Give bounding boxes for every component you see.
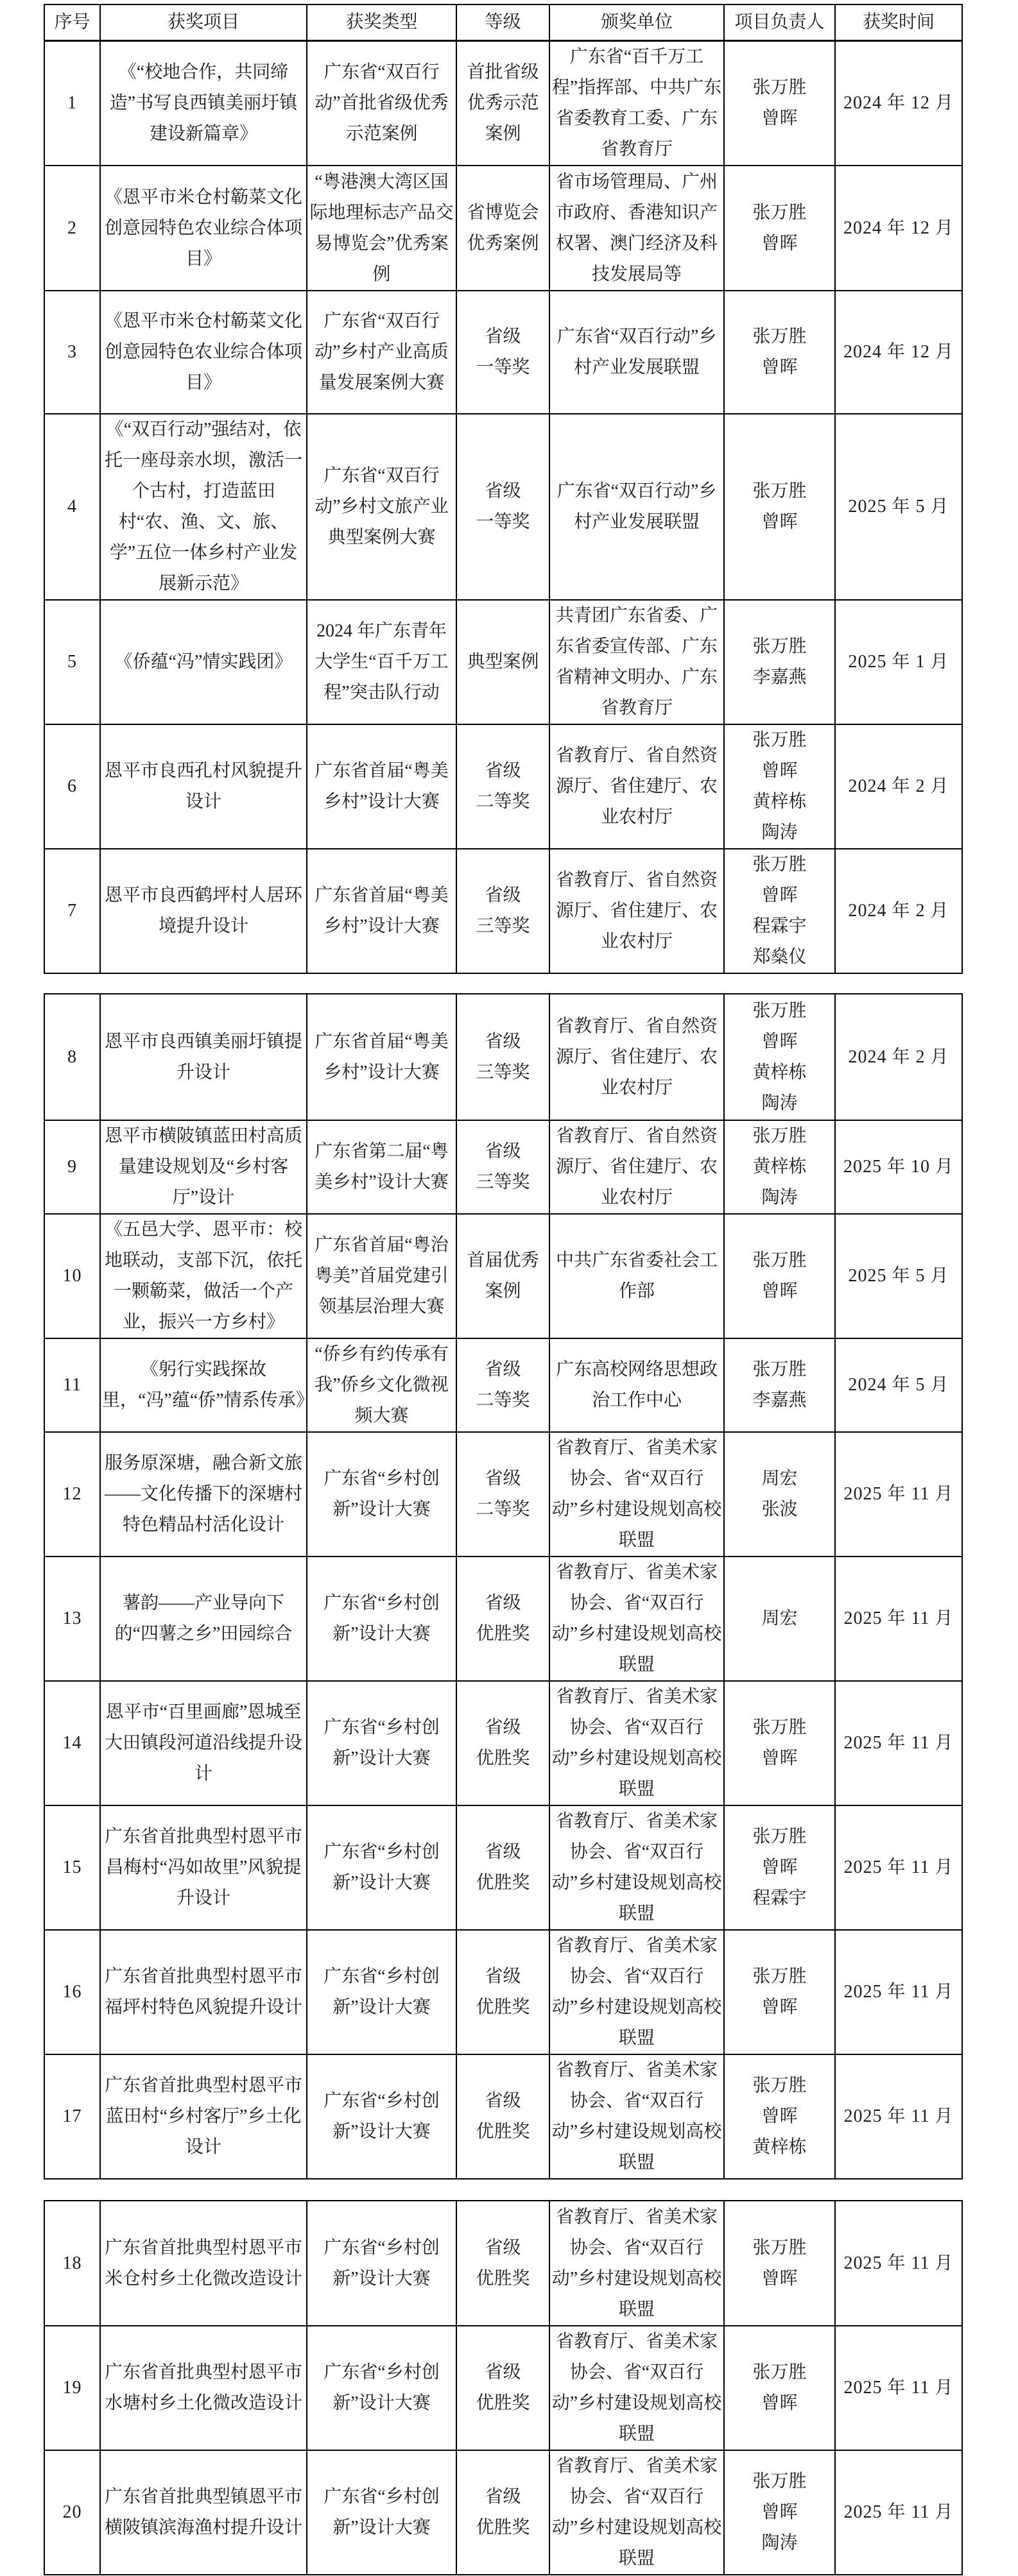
cell-time: 2025 年 11 月 (835, 1805, 962, 1930)
cell-project: 广东省首批典型村恩平市昌梅村“冯如故里”风貌提升设计 (100, 1805, 307, 1930)
cell-leaders: 张万胜 曾晖 (724, 2326, 835, 2450)
cell-leaders: 张万胜 曾晖 (724, 41, 835, 166)
cell-time: 2025 年 11 月 (835, 1557, 962, 1681)
cell-time: 2024 年 2 月 (835, 994, 962, 1120)
cell-type: 广东省“乡村创新”设计大赛 (307, 1930, 456, 2054)
cell-project: 广东省首批典型村恩平市水塘村乡土化微改造设计 (100, 2326, 307, 2450)
cell-type: 广东省“乡村创新”设计大赛 (307, 1805, 456, 1930)
cell-leaders: 张万胜 曾晖 陶涛 (724, 2450, 835, 2575)
cell-level: 省级 优胜奖 (456, 1805, 549, 1930)
cell-unit: 省教育厅、省美术家协会、省“双百行动”乡村建设规划高校联盟 (549, 2201, 724, 2326)
cell-time: 2025 年 11 月 (835, 1681, 962, 1805)
cell-unit: 省教育厅、省美术家协会、省“双百行动”乡村建设规划高校联盟 (549, 1432, 724, 1557)
column-header-3: 等级 (456, 4, 549, 41)
cell-leaders: 张万胜 曾晖 程霖宇 (724, 1805, 835, 1930)
cell-project: 恩平市横陂镇蓝田村高质量建设规划及“乡村客厅”设计 (100, 1120, 307, 1214)
table-row: 17广东省首批典型村恩平市蓝田村“乡村客厅”乡土化设计广东省“乡村创新”设计大赛… (44, 2054, 962, 2179)
cell-time: 2024 年 2 月 (835, 724, 962, 849)
cell-leaders: 张万胜 曾晖 黄梓栋 陶涛 (724, 724, 835, 849)
cell-project: 《侨蕴“冯”情实践团》 (100, 600, 307, 724)
cell-level: 省级 优胜奖 (456, 2450, 549, 2575)
cell-level: 省级 优胜奖 (456, 2201, 549, 2326)
cell-level: 省级 三等奖 (456, 849, 549, 973)
cell-type: 2024 年广东青年大学生“百千万工程”突击队行动 (307, 600, 456, 724)
cell-project: 恩平市良西孔村风貌提升设计 (100, 724, 307, 849)
cell-project: 《五邑大学、恩平市：校地联动，支部下沉，依托一颗簕菜，做活一个产业，振兴一方乡村… (100, 1214, 307, 1338)
cell-leaders: 张万胜 曾晖 (724, 1930, 835, 2054)
cell-seq: 9 (44, 1120, 100, 1214)
cell-project: 薯韵——产业导向下的“四薯之乡”田园综合 (100, 1557, 307, 1681)
cell-seq: 12 (44, 1432, 100, 1557)
cell-seq: 20 (44, 2450, 100, 2575)
table-row: 18广东省首批典型村恩平市米仓村乡土化微改造设计广东省“乡村创新”设计大赛省级 … (44, 2201, 962, 2326)
cell-time: 2025 年 5 月 (835, 414, 962, 600)
cell-leaders: 张万胜 曾晖 黄梓栋 陶涛 (724, 994, 835, 1120)
cell-type: 广东省首届“粤美乡村”设计大赛 (307, 724, 456, 849)
document-page: 序号获奖项目获奖类型等级颁奖单位项目负责人获奖时间1《“校地合作，共同缔造”书写… (0, 0, 1018, 2575)
cell-unit: 省教育厅、省自然资源厅、省住建厅、农业农村厅 (549, 724, 724, 849)
cell-type: 广东省首届“粤美乡村”设计大赛 (307, 994, 456, 1120)
cell-seq: 2 (44, 166, 100, 291)
cell-seq: 11 (44, 1338, 100, 1432)
cell-time: 2024 年 12 月 (835, 291, 962, 414)
cell-project: 恩平市良西鹤坪村人居环境提升设计 (100, 849, 307, 973)
table-row: 5《侨蕴“冯”情实践团》2024 年广东青年大学生“百千万工程”突击队行动典型案… (44, 600, 962, 724)
cell-level: 典型案例 (456, 600, 549, 724)
cell-time: 2025 年 11 月 (835, 1930, 962, 2054)
cell-time: 2024 年 2 月 (835, 849, 962, 973)
cell-unit: 广东省“双百行动”乡村产业发展联盟 (549, 291, 724, 414)
cell-unit: 省教育厅、省美术家协会、省“双百行动”乡村建设规划高校联盟 (549, 2326, 724, 2450)
cell-level: 省级 优胜奖 (456, 2326, 549, 2450)
cell-type: “侨乡有约传承有我”侨乡文化微视频大赛 (307, 1338, 456, 1432)
table-row: 11《躬行实践探故里，“冯”蕴“侨”情系传承》“侨乡有约传承有我”侨乡文化微视频… (44, 1338, 962, 1432)
cell-level: 省级 一等奖 (456, 291, 549, 414)
cell-unit: 省教育厅、省美术家协会、省“双百行动”乡村建设规划高校联盟 (549, 1930, 724, 2054)
cell-leaders: 周宏 (724, 1557, 835, 1681)
cell-seq: 14 (44, 1681, 100, 1805)
cell-time: 2025 年 11 月 (835, 2326, 962, 2450)
table-row: 20广东省首批典型镇恩平市横陂镇滨海渔村提升设计广东省“乡村创新”设计大赛省级 … (44, 2450, 962, 2575)
cell-level: 省级 二等奖 (456, 1338, 549, 1432)
table-row: 8恩平市良西镇美丽圩镇提升设计广东省首届“粤美乡村”设计大赛省级 三等奖省教育厅… (44, 994, 962, 1120)
cell-unit: 广东省“百千万工程”指挥部、中共广东省委教育工委、广东省教育厅 (549, 41, 724, 166)
cell-type: 广东省首届“粤美乡村”设计大赛 (307, 849, 456, 973)
table-row: 10《五邑大学、恩平市：校地联动，支部下沉，依托一颗簕菜，做活一个产业，振兴一方… (44, 1214, 962, 1338)
cell-project: 广东省首批典型村恩平市福坪村特色风貌提升设计 (100, 1930, 307, 2054)
table-row: 4《“双百行动”强结对，依托一座母亲水坝，激活一个古村，打造蓝田村“农、渔、文、… (44, 414, 962, 600)
table-row: 3《恩平市米仓村簕菜文化创意园特色农业综合体项目》广东省“双百行动”乡村产业高质… (44, 291, 962, 414)
column-header-0: 序号 (44, 4, 100, 41)
cell-unit: 广东高校网络思想政治工作中心 (549, 1338, 724, 1432)
cell-type: 广东省第二届“粤美乡村”设计大赛 (307, 1120, 456, 1214)
cell-unit: 省教育厅、省自然资源厅、省住建厅、农业农村厅 (549, 849, 724, 973)
cell-type: 广东省“乡村创新”设计大赛 (307, 2450, 456, 2575)
cell-time: 2025 年 10 月 (835, 1120, 962, 1214)
cell-seq: 13 (44, 1557, 100, 1681)
cell-level: 省级 二等奖 (456, 724, 549, 849)
cell-level: 省级 三等奖 (456, 994, 549, 1120)
cell-project: 广东省首批典型村恩平市蓝田村“乡村客厅”乡土化设计 (100, 2054, 307, 2179)
cell-seq: 5 (44, 600, 100, 724)
cell-project: 《恩平市米仓村簕菜文化创意园特色农业综合体项目》 (100, 291, 307, 414)
cell-type: “粤港澳大湾区国际地理标志产品交易博览会”优秀案例 (307, 166, 456, 291)
cell-level: 省级 优胜奖 (456, 1930, 549, 2054)
cell-unit: 省教育厅、省美术家协会、省“双百行动”乡村建设规划高校联盟 (549, 1805, 724, 1930)
cell-leaders: 张万胜 曾晖 (724, 166, 835, 291)
cell-type: 广东省“乡村创新”设计大赛 (307, 1681, 456, 1805)
column-header-1: 获奖项目 (100, 4, 307, 41)
cell-seq: 18 (44, 2201, 100, 2326)
table-row: 7恩平市良西鹤坪村人居环境提升设计广东省首届“粤美乡村”设计大赛省级 三等奖省教… (44, 849, 962, 973)
cell-project: 服务原深塘，融合新文旅——文化传播下的深塘村特色精品村活化设计 (100, 1432, 307, 1557)
cell-leaders: 张万胜 曾晖 (724, 1681, 835, 1805)
cell-seq: 1 (44, 41, 100, 166)
table-row: 14恩平市“百里画廊”恩城至大田镇段河道沿线提升设计广东省“乡村创新”设计大赛省… (44, 1681, 962, 1805)
cell-seq: 6 (44, 724, 100, 849)
cell-project: 恩平市良西镇美丽圩镇提升设计 (100, 994, 307, 1120)
cell-project: 《“校地合作，共同缔造”书写良西镇美丽圩镇建设新篇章》 (100, 41, 307, 166)
awards-table-section-3: 18广东省首批典型村恩平市米仓村乡土化微改造设计广东省“乡村创新”设计大赛省级 … (44, 2200, 963, 2575)
column-header-5: 项目负责人 (724, 4, 835, 41)
cell-leaders: 周宏 张波 (724, 1432, 835, 1557)
column-header-6: 获奖时间 (835, 4, 962, 41)
cell-type: 广东省“乡村创新”设计大赛 (307, 2201, 456, 2326)
cell-time: 2025 年 11 月 (835, 1432, 962, 1557)
awards-table-section-2: 8恩平市良西镇美丽圩镇提升设计广东省首届“粤美乡村”设计大赛省级 三等奖省教育厅… (44, 993, 963, 2179)
cell-seq: 17 (44, 2054, 100, 2179)
table-row: 15广东省首批典型村恩平市昌梅村“冯如故里”风貌提升设计广东省“乡村创新”设计大… (44, 1805, 962, 1930)
cell-leaders: 张万胜 黄梓栋 陶涛 (724, 1120, 835, 1214)
awards-table-section-1: 序号获奖项目获奖类型等级颁奖单位项目负责人获奖时间1《“校地合作，共同缔造”书写… (44, 4, 963, 974)
cell-time: 2025 年 11 月 (835, 2450, 962, 2575)
cell-time: 2024 年 12 月 (835, 41, 962, 166)
cell-leaders: 张万胜 曾晖 (724, 414, 835, 600)
cell-unit: 省教育厅、省美术家协会、省“双百行动”乡村建设规划高校联盟 (549, 1557, 724, 1681)
cell-unit: 广东省“双百行动”乡村产业发展联盟 (549, 414, 724, 600)
table-row: 2《恩平市米仓村簕菜文化创意园特色农业综合体项目》“粤港澳大湾区国际地理标志产品… (44, 166, 962, 291)
table-row: 9恩平市横陂镇蓝田村高质量建设规划及“乡村客厅”设计广东省第二届“粤美乡村”设计… (44, 1120, 962, 1214)
cell-project: 广东省首批典型村恩平市米仓村乡土化微改造设计 (100, 2201, 307, 2326)
cell-unit: 省教育厅、省自然资源厅、省住建厅、农业农村厅 (549, 994, 724, 1120)
cell-unit: 省教育厅、省自然资源厅、省住建厅、农业农村厅 (549, 1120, 724, 1214)
cell-type: 广东省首届“粤治粤美”首届党建引领基层治理大赛 (307, 1214, 456, 1338)
cell-leaders: 张万胜 李嘉燕 (724, 600, 835, 724)
cell-project: 恩平市“百里画廊”恩城至大田镇段河道沿线提升设计 (100, 1681, 307, 1805)
cell-project: 《恩平市米仓村簕菜文化创意园特色农业综合体项目》 (100, 166, 307, 291)
cell-unit: 省市场管理局、广州市政府、香港知识产权署、澳门经济及科技发展局等 (549, 166, 724, 291)
cell-time: 2025 年 1 月 (835, 600, 962, 724)
cell-unit: 共青团广东省委、广东省委宣传部、广东省精神文明办、广东省教育厅 (549, 600, 724, 724)
cell-seq: 10 (44, 1214, 100, 1338)
cell-seq: 3 (44, 291, 100, 414)
cell-seq: 15 (44, 1805, 100, 1930)
cell-level: 省级 优胜奖 (456, 1681, 549, 1805)
table-row: 12服务原深塘，融合新文旅——文化传播下的深塘村特色精品村活化设计广东省“乡村创… (44, 1432, 962, 1557)
cell-level: 省博览会 优秀案例 (456, 166, 549, 291)
cell-seq: 19 (44, 2326, 100, 2450)
cell-time: 2025 年 11 月 (835, 2054, 962, 2179)
cell-level: 省级 二等奖 (456, 1432, 549, 1557)
cell-type: 广东省“乡村创新”设计大赛 (307, 1432, 456, 1557)
cell-leaders: 张万胜 曾晖 (724, 291, 835, 414)
cell-level: 首届优秀 案例 (456, 1214, 549, 1338)
cell-leaders: 张万胜 曾晖 (724, 2201, 835, 2326)
header-row: 序号获奖项目获奖类型等级颁奖单位项目负责人获奖时间 (44, 4, 962, 41)
column-header-4: 颁奖单位 (549, 4, 724, 41)
table-row: 6恩平市良西孔村风貌提升设计广东省首届“粤美乡村”设计大赛省级 二等奖省教育厅、… (44, 724, 962, 849)
cell-time: 2024 年 5 月 (835, 1338, 962, 1432)
column-header-2: 获奖类型 (307, 4, 456, 41)
cell-seq: 7 (44, 849, 100, 973)
cell-level: 省级 一等奖 (456, 414, 549, 600)
table-row: 1《“校地合作，共同缔造”书写良西镇美丽圩镇建设新篇章》广东省“双百行动”首批省… (44, 41, 962, 166)
table-row: 16广东省首批典型村恩平市福坪村特色风貌提升设计广东省“乡村创新”设计大赛省级 … (44, 1930, 962, 2054)
cell-level: 省级 优胜奖 (456, 1557, 549, 1681)
cell-unit: 中共广东省委社会工作部 (549, 1214, 724, 1338)
cell-leaders: 张万胜 李嘉燕 (724, 1338, 835, 1432)
cell-leaders: 张万胜 曾晖 程霖宇 郑燊仪 (724, 849, 835, 973)
cell-unit: 省教育厅、省美术家协会、省“双百行动”乡村建设规划高校联盟 (549, 2450, 724, 2575)
table-row: 13薯韵——产业导向下的“四薯之乡”田园综合广东省“乡村创新”设计大赛省级 优胜… (44, 1557, 962, 1681)
cell-time: 2024 年 12 月 (835, 166, 962, 291)
cell-unit: 省教育厅、省美术家协会、省“双百行动”乡村建设规划高校联盟 (549, 1681, 724, 1805)
cell-type: 广东省“乡村创新”设计大赛 (307, 2054, 456, 2179)
cell-level: 省级 三等奖 (456, 1120, 549, 1214)
cell-time: 2025 年 11 月 (835, 2201, 962, 2326)
cell-level: 首批省级 优秀示范 案例 (456, 41, 549, 166)
cell-project: 《躬行实践探故里，“冯”蕴“侨”情系传承》 (100, 1338, 307, 1432)
cell-time: 2025 年 5 月 (835, 1214, 962, 1338)
cell-seq: 4 (44, 414, 100, 600)
cell-unit: 省教育厅、省美术家协会、省“双百行动”乡村建设规划高校联盟 (549, 2054, 724, 2179)
cell-project: 《“双百行动”强结对，依托一座母亲水坝，激活一个古村，打造蓝田村“农、渔、文、旅… (100, 414, 307, 600)
cell-level: 省级 优胜奖 (456, 2054, 549, 2179)
cell-type: 广东省“乡村创新”设计大赛 (307, 1557, 456, 1681)
cell-seq: 16 (44, 1930, 100, 2054)
table-row: 19广东省首批典型村恩平市水塘村乡土化微改造设计广东省“乡村创新”设计大赛省级 … (44, 2326, 962, 2450)
cell-type: 广东省“双百行动”乡村产业高质量发展案例大赛 (307, 291, 456, 414)
cell-seq: 8 (44, 994, 100, 1120)
cell-project: 广东省首批典型镇恩平市横陂镇滨海渔村提升设计 (100, 2450, 307, 2575)
cell-leaders: 张万胜 曾晖 (724, 1214, 835, 1338)
cell-type: 广东省“双百行动”首批省级优秀示范案例 (307, 41, 456, 166)
cell-leaders: 张万胜 曾晖 黄梓栋 (724, 2054, 835, 2179)
cell-type: 广东省“双百行动”乡村文旅产业典型案例大赛 (307, 414, 456, 600)
cell-type: 广东省“乡村创新”设计大赛 (307, 2326, 456, 2450)
